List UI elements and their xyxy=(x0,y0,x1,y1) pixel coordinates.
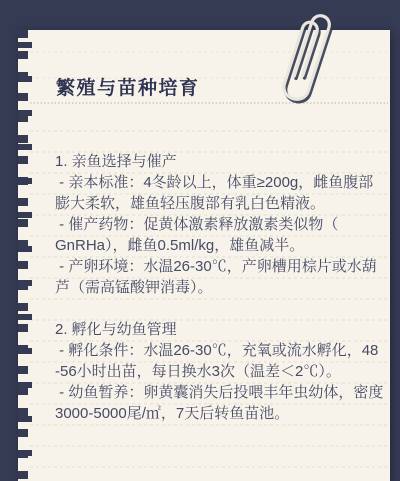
note-line: - 产卵环境：水温26-30℃，产卵槽用棕片或水葫 xyxy=(55,256,375,277)
note-line: 2. 孵化与幼鱼管理 xyxy=(55,319,375,340)
note-title: 繁殖与苗种培育 xyxy=(56,78,200,99)
paperclip-icon xyxy=(278,0,354,130)
torn-edge xyxy=(18,30,34,481)
note-line: 芦（需高锰酸钾消毒）。 xyxy=(55,277,375,298)
note-page: 繁殖与苗种培育 1. 亲鱼选择与催产 - 亲本标准：4冬龄以上，体重≥200g，… xyxy=(0,0,400,481)
note-line xyxy=(55,298,375,319)
note-line: - 亲本标准：4冬龄以上，体重≥200g，雌鱼腹部 xyxy=(55,172,375,193)
note-line: 3000-5000尾/㎡，7天后转鱼苗池。 xyxy=(55,403,375,424)
note-line: 膨大柔软，雄鱼轻压腹部有乳白色精液。 xyxy=(55,193,375,214)
note-line: - 催产药物：促黄体激素释放激素类似物（ xyxy=(55,214,375,235)
note-line: - 幼鱼暂养：卵黄囊消失后投喂丰年虫幼体，密度 xyxy=(55,382,375,403)
note-line: GnRHa），雌鱼0.5ml/kg，雄鱼减半。 xyxy=(55,235,375,256)
note-line: - 孵化条件：水温26-30℃，充氧或流水孵化，48 xyxy=(55,340,375,361)
note-body: 1. 亲鱼选择与催产 - 亲本标准：4冬龄以上，体重≥200g，雌鱼腹部 膨大柔… xyxy=(55,151,375,424)
note-line: -56小时出苗，每日换水3次（温差＜2℃）。 xyxy=(55,361,375,382)
note-line: 1. 亲鱼选择与催产 xyxy=(55,151,375,172)
